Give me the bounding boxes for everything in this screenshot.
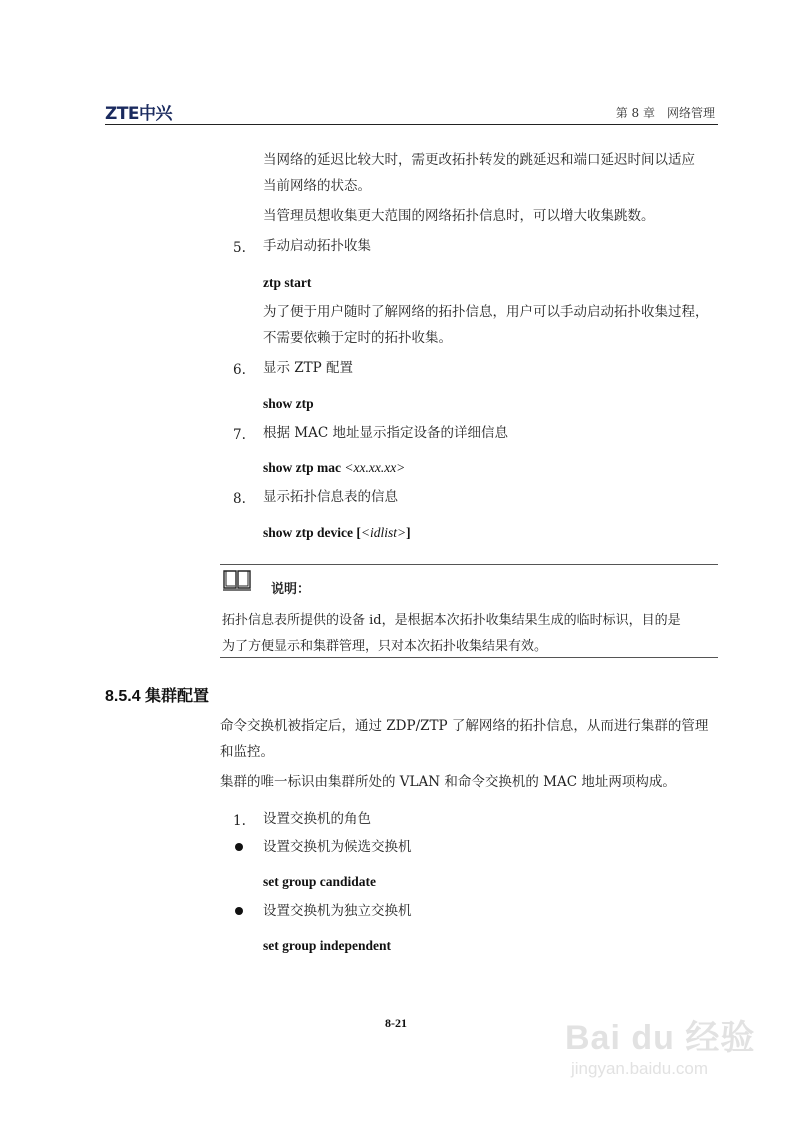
page-number: 8-21: [385, 1016, 407, 1031]
paragraph-line: 当网络的延迟比较大时，需更改拓扑转发的跳延迟和端口延迟时间以适应: [263, 147, 695, 174]
note-top-rule: [220, 564, 718, 565]
step-label: 显示拓扑信息表的信息: [263, 484, 398, 511]
bullet-label: 设置交换机为独立交换机: [263, 898, 412, 925]
step-number: 8.: [233, 491, 246, 507]
paragraph-line: 为了便于用户随时了解网络的拓扑信息，用户可以手动启动拓扑收集过程，: [263, 299, 709, 326]
paragraph-line: 命令交换机被指定后，通过 ZDP/ZTP 了解网络的拓扑信息，从而进行集群的管理: [220, 713, 708, 740]
command-argument: <xx.xx.xx>: [344, 460, 405, 475]
paragraph-line: 和监控。: [220, 739, 274, 766]
step-label: 根据 MAC 地址显示指定设备的详细信息: [263, 420, 508, 447]
command: show ztp mac <xx.xx.xx>: [263, 460, 405, 476]
baidu-watermark: Bai du 经验 jingyan.baidu.com: [565, 1010, 755, 1079]
step-number: 7.: [233, 427, 246, 443]
bullet: [235, 843, 243, 851]
step-number: 6.: [233, 362, 246, 378]
command-tail: ]: [406, 525, 411, 540]
note-line: 拓扑信息表所提供的设备 id，是根据本次拓扑收集结果生成的临时标识，目的是: [222, 608, 681, 633]
step-number: 1.: [233, 813, 246, 829]
command: show ztp: [263, 396, 314, 412]
paragraph-line: 不需要依赖于定时的拓扑收集。: [263, 325, 452, 352]
zte-logo: ZTE中兴: [105, 99, 172, 124]
section-heading: 8.5.4 集群配置: [105, 683, 209, 706]
note-line: 为了方便显示和集群管理，只对本次拓扑收集结果有效。: [222, 634, 547, 659]
note-bottom-rule: [220, 657, 718, 658]
paragraph: 集群的唯一标识由集群所处的 VLAN 和命令交换机的 MAC 地址两项构成。: [220, 769, 676, 796]
bullet: [235, 907, 243, 915]
command: show ztp device [<idlist>]: [263, 525, 411, 541]
book-icon: [222, 569, 252, 591]
command: ztp start: [263, 275, 311, 291]
command-keyword: show ztp mac: [263, 460, 341, 475]
step-number: 5.: [233, 240, 246, 256]
paragraph-line: 当前网络的状态。: [263, 173, 371, 200]
watermark-logo: Bai du 经验: [565, 1010, 755, 1059]
step-label: 设置交换机的角色: [263, 806, 371, 833]
watermark-url: jingyan.baidu.com: [565, 1059, 755, 1079]
command: set group candidate: [263, 874, 376, 890]
step-label: 手动启动拓扑收集: [263, 233, 371, 260]
command-argument: <idlist>: [361, 525, 406, 540]
paragraph: 当管理员想收集更大范围的网络拓扑信息时，可以增大收集跳数。: [263, 203, 655, 230]
bullet-label: 设置交换机为候选交换机: [263, 834, 412, 861]
chapter-title: 第 8 章 网络管理: [616, 104, 715, 121]
command: set group independent: [263, 938, 391, 954]
step-label: 显示 ZTP 配置: [263, 355, 353, 382]
note-label: 说明：: [271, 578, 310, 597]
command-keyword: show ztp device [: [263, 525, 361, 540]
header-divider: [105, 124, 718, 125]
